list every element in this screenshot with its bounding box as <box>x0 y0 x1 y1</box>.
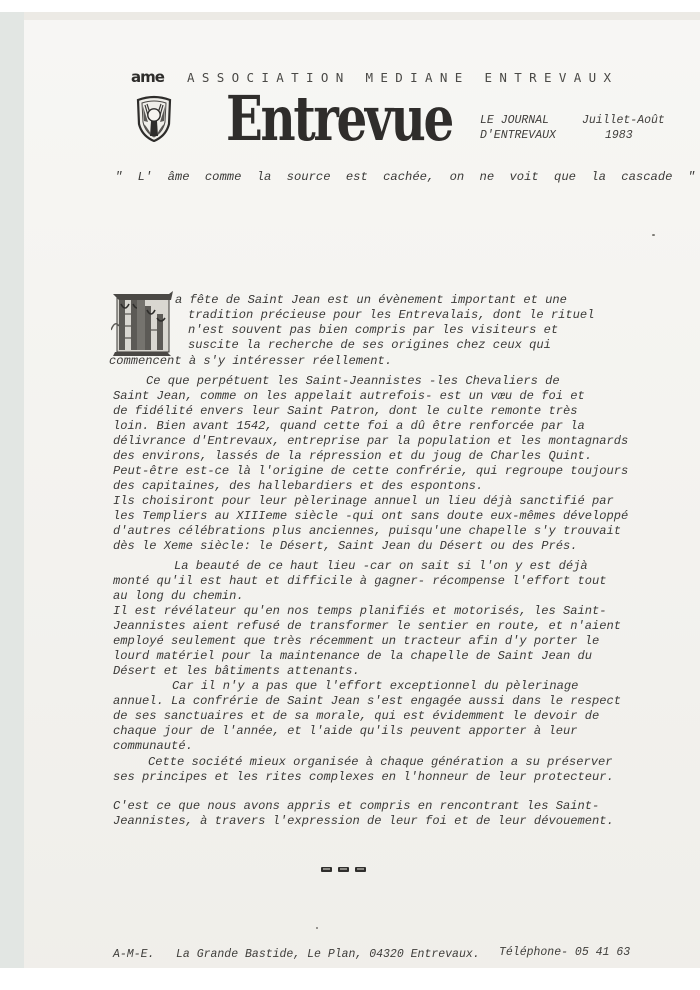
article-line: de ses sanctuaires et de sa morale, qui … <box>113 709 599 724</box>
article-line: Jeannistes, à travers l'expression de le… <box>113 814 614 829</box>
footer-address: La Grande Bastide, Le Plan, 04320 Entrev… <box>176 948 480 961</box>
article-line: dès le Xeme siècle: le Désert, Saint Jea… <box>113 539 577 554</box>
article-line: tradition précieuse pour les Entrevalais… <box>188 308 594 323</box>
article-line: Désert et les bâtiments attenants. <box>113 664 360 679</box>
issue-months: Juillet-Août <box>582 113 665 128</box>
separator-mark-icon <box>338 867 349 872</box>
article-line: lourd matériel pour la maintenance de la… <box>113 649 592 664</box>
article-line: loin. Bien avant 1542, quand cette foi a… <box>113 419 585 434</box>
journal-title: Entrevue <box>226 88 452 150</box>
article-line: Ils choisiront pour leur pèlerinage annu… <box>113 494 614 509</box>
paper-speck <box>316 927 318 929</box>
article-line: Car il n'y a pas que l'effort exceptionn… <box>172 679 578 694</box>
journal-subtitle-2: D'ENTREVAUX <box>480 128 556 143</box>
separator-mark-icon <box>321 867 332 872</box>
paper-speck <box>652 234 655 236</box>
article-line: Peut-être est-ce là l'origine de cette c… <box>113 464 628 479</box>
paper-top-edge <box>24 12 700 20</box>
article-line: n'est souvent pas bien compris par les v… <box>188 323 558 338</box>
article-line: C'est ce que nous avons appris et compri… <box>113 799 599 814</box>
article-line: employé seulement que très récemment un … <box>113 634 599 649</box>
article-line: ses principes et les rites complexes en … <box>113 770 614 785</box>
scan-border <box>0 12 24 968</box>
article-line: d'autres célébrations plus anciennes, pu… <box>113 524 621 539</box>
footer-org: A-M-E. <box>113 948 154 961</box>
ame-logo: ame <box>131 68 164 86</box>
article-line: les Templiers au XIIIeme siècle -qui ont… <box>113 509 628 524</box>
article-line: Jeannistes aient refusé de transformer l… <box>113 619 621 634</box>
issue-year: 1983 <box>605 128 633 143</box>
article-line: a fête de Saint Jean est un évènement im… <box>175 293 567 308</box>
article-line: délivrance d'Entrevaux, entreprise par l… <box>113 434 628 449</box>
article-line: chaque jour de l'année, et l'aide qu'ils… <box>113 724 577 739</box>
journal-subtitle-1: LE JOURNAL <box>480 113 549 128</box>
article-line: annuel. La confrérie de Saint Jean s'est… <box>113 694 621 709</box>
separator-mark-icon <box>355 867 366 872</box>
shield-emblem-icon <box>136 94 172 142</box>
illuminated-dropcap-icon <box>111 290 175 358</box>
article-line: La beauté de ce haut lieu -car on sait s… <box>174 559 588 574</box>
article-line: Ce que perpétuent les Saint-Jeannistes -… <box>146 374 560 389</box>
article-line: Il est révélateur qu'en nos temps planif… <box>113 604 607 619</box>
article-line: des capitaines, des hallebardiers et des… <box>113 479 483 494</box>
article-line: suscite la recherche de ses origines che… <box>188 338 551 353</box>
article-line: communauté. <box>113 739 193 754</box>
article-line: commencent à s'y intéresser réellement. <box>109 354 392 369</box>
epigraph-quote: " L' âme comme la source est cachée, on … <box>115 170 695 184</box>
article-line: Saint Jean, comme on les appelait autref… <box>113 389 585 404</box>
article-line: au long du chemin. <box>113 589 244 604</box>
article-line: des environs, lassés de la répression et… <box>113 449 592 464</box>
article-line: Cette société mieux organisée à chaque g… <box>148 755 612 770</box>
article-line: de fidélité envers leur Saint Patron, do… <box>113 404 577 419</box>
article-line: monté qu'il est haut et difficile à gagn… <box>113 574 607 589</box>
footer-phone: Téléphone- 05 41 63 <box>499 946 630 959</box>
